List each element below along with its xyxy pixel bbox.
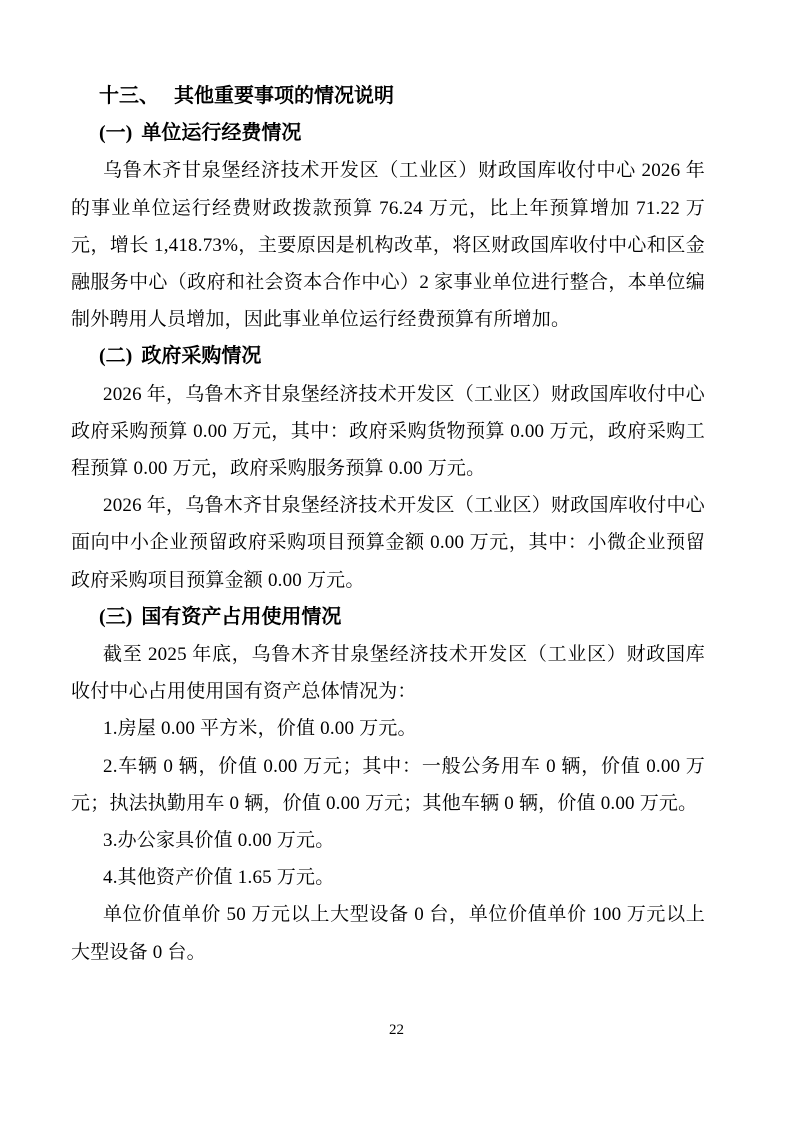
section-1-title: 单位运行经费情况 [141,122,301,144]
paragraph: 2026 年，乌鲁木齐甘泉堡经济技术开发区（工业区）财政国库收付中心面向中小企业… [71,487,705,599]
section-3-marker: (三) [99,606,132,628]
section-1-marker: (一) [99,122,132,144]
page-content: 十三、其他重要事项的情况说明 (一)单位运行经费情况 乌鲁木齐甘泉堡经济技术开发… [71,78,705,971]
page-number: 22 [0,1020,793,1040]
section-3-title: 国有资产占用使用情况 [141,606,341,628]
paragraph: 2026 年，乌鲁木齐甘泉堡经济技术开发区（工业区）财政国库收付中心政府采购预算… [71,376,705,488]
main-heading-numeral: 十三、 [99,85,159,107]
section-3-heading: (三)国有资产占用使用情况 [71,599,705,636]
paragraph: 2.车辆 0 辆，价值 0.00 万元；其中：一般公务用车 0 辆，价值 0.0… [71,748,705,822]
main-heading-title: 其他重要事项的情况说明 [174,85,394,107]
section-2-heading: (二)政府采购情况 [71,338,705,375]
paragraph: 3.办公家具价值 0.00 万元。 [71,822,705,859]
section-2-title: 政府采购情况 [141,345,261,367]
document-page: 十三、其他重要事项的情况说明 (一)单位运行经费情况 乌鲁木齐甘泉堡经济技术开发… [0,0,793,1122]
section-2-marker: (二) [99,345,132,367]
paragraph: 4.其他资产价值 1.65 万元。 [71,859,705,896]
main-heading: 十三、其他重要事项的情况说明 [71,78,705,115]
paragraph: 截至 2025 年底，乌鲁木齐甘泉堡经济技术开发区（工业区）财政国库收付中心占用… [71,636,705,710]
section-1-heading: (一)单位运行经费情况 [71,115,705,152]
paragraph: 单位价值单价 50 万元以上大型设备 0 台，单位价值单价 100 万元以上大型… [71,896,705,970]
paragraph: 1.房屋 0.00 平方米，价值 0.00 万元。 [71,710,705,747]
paragraph: 乌鲁木齐甘泉堡经济技术开发区（工业区）财政国库收付中心 2026 年的事业单位运… [71,152,705,338]
